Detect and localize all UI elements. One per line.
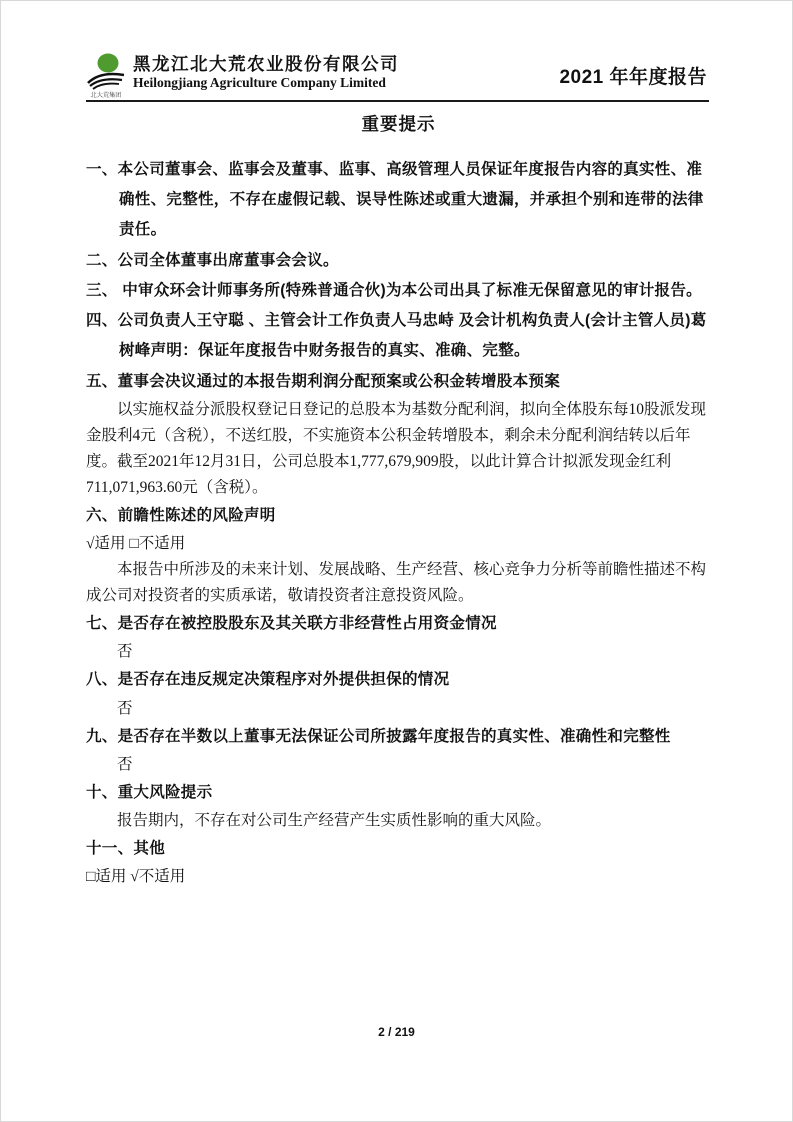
paragraph: 报告期内，不存在对公司生产经营产生实质性影响的重大风险。 [86,808,711,834]
section-label: 七、 [86,615,118,632]
section-label: 二、 [86,252,118,269]
section-label: 十一、 [86,840,133,857]
section-title: 本公司董事会、监事会及董事、监事、高级管理人员保证年度报告内容的真实性、准确性、… [118,161,704,238]
section-heading: 十、重大风险提示 [86,778,711,808]
section-label: 三、 [86,282,118,299]
section-title: 是否存在被控股股东及其关联方非经营性占用资金情况 [118,615,497,632]
page-title: 重要提示 [86,111,711,136]
answer-text: 否 [86,696,711,722]
paragraph: 以实施权益分派股权登记日登记的总股本为基数分配利润，拟向全体股东每10股派发现金… [86,397,711,501]
section-paragraphs: 以实施权益分派股权登记日登记的总股本为基数分配利润，拟向全体股东每10股派发现金… [86,397,711,501]
section-label: 一、 [86,161,118,178]
section-title: 前瞻性陈述的风险声明 [118,507,276,524]
section: 四、公司负责人王守聪 、主管会计工作负责人马忠峙 及会计机构负责人(会计主管人员… [86,306,711,366]
section-heading: 二、公司全体董事出席董事会会议。 [86,246,711,276]
section-title: 是否存在违反规定决策程序对外提供担保的情况 [118,671,450,688]
page-header: 北大荒集团 黑龙江北大荒农业股份有限公司 Heilongjiang Agricu… [86,53,709,102]
applicability-line: √适用 □不适用 [86,531,711,557]
report-title: 2021 年年度报告 [559,62,707,89]
section-heading: 七、是否存在被控股股东及其关联方非经营性占用资金情况 [86,609,711,639]
section: 三、 中审众环会计师事务所(特殊普通合伙)为本公司出具了标准无保留意见的审计报告… [86,276,711,306]
section: 二、公司全体董事出席董事会会议。 [86,246,711,276]
logo-group-label: 北大荒集团 [91,91,122,98]
section: 十、重大风险提示 报告期内，不存在对公司生产经营产生实质性影响的重大风险。 [86,778,711,834]
document-body: 重要提示 一、本公司董事会、监事会及董事、监事、高级管理人员保证年度报告内容的真… [86,111,711,890]
section-label: 六、 [86,507,118,524]
section-paragraphs: 本报告中所涉及的未来计划、发展战略、生产经营、核心竞争力分析等前瞻性描述不构成公… [86,557,711,609]
section: 六、前瞻性陈述的风险声明 √适用 □不适用 本报告中所涉及的未来计划、发展战略、… [86,501,711,609]
section-heading: 六、前瞻性陈述的风险声明 [86,501,711,531]
section-label: 四、 [86,312,118,329]
applicability-line: □适用 √不适用 [86,864,711,890]
section: 九、是否存在半数以上董事无法保证公司所披露年度报告的真实性、准确性和完整性 否 [86,722,711,778]
section-title: 公司负责人王守聪 、主管会计工作负责人马忠峙 及会计机构负责人(会计主管人员)葛… [118,312,707,359]
section-paragraphs: 报告期内，不存在对公司生产经营产生实质性影响的重大风险。 [86,808,711,834]
section-heading: 四、公司负责人王守聪 、主管会计工作负责人马忠峙 及会计机构负责人(会计主管人员… [86,306,711,366]
company-logo-icon: 北大荒集团 [86,53,126,98]
company-name-cn: 黑龙江北大荒农业股份有限公司 [133,54,399,75]
section-label: 八、 [86,671,118,688]
company-name-block: 黑龙江北大荒农业股份有限公司 Heilongjiang Agriculture … [133,54,399,92]
section-title: 是否存在半数以上董事无法保证公司所披露年度报告的真实性、准确性和完整性 [118,728,671,745]
section: 十一、其他 □适用 √不适用 [86,834,711,890]
company-name-en: Heilongjiang Agriculture Company Limited [133,75,399,92]
paragraph: 本报告中所涉及的未来计划、发展战略、生产经营、核心竞争力分析等前瞻性描述不构成公… [86,557,711,609]
page-footer: 2 / 219 [1,1023,792,1041]
section-title: 公司全体董事出席董事会会议。 [118,252,339,269]
section-heading: 九、是否存在半数以上董事无法保证公司所披露年度报告的真实性、准确性和完整性 [86,722,711,752]
section-heading: 三、 中审众环会计师事务所(特殊普通合伙)为本公司出具了标准无保留意见的审计报告… [86,276,711,306]
section-title: 董事会决议通过的本报告期利润分配预案或公积金转增股本预案 [118,373,560,390]
section-title: 其他 [133,840,165,857]
answer-text: 否 [86,752,711,778]
section-label: 九、 [86,728,118,745]
section: 五、董事会决议通过的本报告期利润分配预案或公积金转增股本预案 以实施权益分派股权… [86,367,711,501]
section-heading: 一、本公司董事会、监事会及董事、监事、高级管理人员保证年度报告内容的真实性、准确… [86,155,711,246]
section: 七、是否存在被控股股东及其关联方非经营性占用资金情况 否 [86,609,711,665]
sections-container: 一、本公司董事会、监事会及董事、监事、高级管理人员保证年度报告内容的真实性、准确… [86,155,711,890]
section-heading: 八、是否存在违反规定决策程序对外提供担保的情况 [86,665,711,695]
section-label: 五、 [86,373,118,390]
page-number: 2 / 219 [378,1025,415,1039]
section-heading: 十一、其他 [86,834,711,864]
answer-text: 否 [86,639,711,665]
section: 一、本公司董事会、监事会及董事、监事、高级管理人员保证年度报告内容的真实性、准确… [86,155,711,246]
section-title: 中审众环会计师事务所(特殊普通合伙)为本公司出具了标准无保留意见的审计报告。 [118,282,702,299]
section: 八、是否存在违反规定决策程序对外提供担保的情况 否 [86,665,711,721]
section-heading: 五、董事会决议通过的本报告期利润分配预案或公积金转增股本预案 [86,367,711,397]
report-page: 北大荒集团 黑龙江北大荒农业股份有限公司 Heilongjiang Agricu… [0,0,793,1122]
section-label: 十、 [86,784,118,801]
section-title: 重大风险提示 [118,784,213,801]
